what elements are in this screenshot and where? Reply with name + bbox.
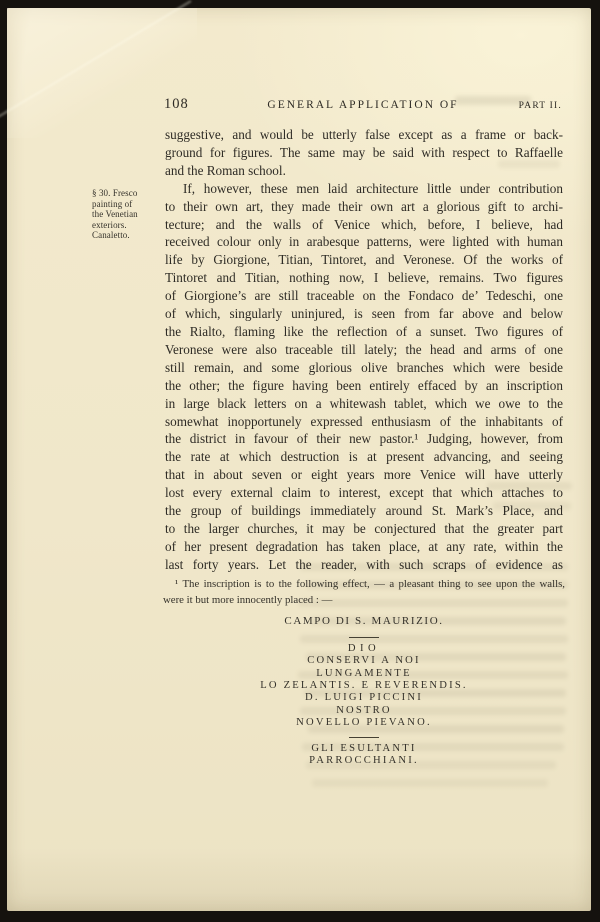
text-line: to their own art, they made their own ar…	[165, 198, 563, 216]
paragraph-2: If, however, these men laid architecture…	[165, 180, 563, 574]
text-line: to the larger churches, it may be conjec…	[165, 520, 563, 538]
inscription-divider-rule	[349, 737, 379, 738]
text-line: GLI ESULTANTI	[163, 743, 565, 755]
text-line: DIO	[163, 643, 565, 655]
text-line: in large black letters on a whitewash ta…	[165, 395, 563, 413]
text-line: last forty years. Let the reader, with s…	[165, 556, 563, 574]
text-line: the rate at which destruction is at pres…	[165, 448, 563, 466]
text-line: tecture; and the walls of Venice which, …	[165, 216, 563, 234]
running-title: GENERAL APPLICATION OF	[220, 99, 506, 111]
scanned-book-page-photo: 108 GENERAL APPLICATION OF PART II. § 30…	[0, 0, 600, 922]
text-line: still remain, and some glorious olive br…	[165, 359, 563, 377]
part-label: PART II.	[519, 101, 562, 111]
text-line: suggestive, and would be utterly false e…	[165, 126, 563, 144]
text-line: CONSERVI A NOI	[163, 655, 565, 667]
text-line: LUNGAMENTE	[163, 668, 565, 680]
text-line: Veronese were also traceable till lately…	[165, 341, 563, 359]
text-line: exteriors.	[92, 220, 156, 231]
text-line: LO ZELANTIS. E REVERENDIS.	[163, 680, 565, 692]
text-line: the other; the figure having been entire…	[165, 377, 563, 395]
page-number: 108	[164, 96, 189, 113]
text-line: received colour only in arabesque patter…	[165, 233, 563, 251]
text-line: If, however, these men laid architecture…	[165, 180, 563, 198]
text-line: life by Giorgione, Titian, Tintoret, and…	[165, 251, 563, 269]
text-line: were it but more innocently placed : —	[163, 593, 565, 609]
text-line: the Rialto, flaming like the reflection …	[165, 323, 563, 341]
inscription-divider-rule	[349, 637, 379, 638]
text-line: NOVELLO PIEVANO.	[163, 717, 565, 729]
body-text: suggestive, and would be utterly false e…	[165, 126, 563, 574]
text-line: the district in favour of their new past…	[165, 430, 563, 448]
inscription-title: CAMPO DI S. MAURIZIO.	[163, 614, 565, 630]
text-line: ground for figures. The same may be said…	[165, 144, 563, 162]
text-line: ¹ The inscription is to the following ef…	[163, 577, 565, 593]
footnote-intro: ¹ The inscription is to the following ef…	[163, 577, 565, 609]
text-line: painting of	[92, 199, 156, 210]
text-line: Canaletto.	[92, 230, 156, 241]
text-line: lost every external claim to interest, e…	[165, 484, 563, 502]
footnote: ¹ The inscription is to the following ef…	[163, 577, 565, 767]
text-line: NOSTRO	[163, 705, 565, 717]
text-line: that in about seven or eight years more …	[165, 466, 563, 484]
text-line: and the Roman school.	[165, 162, 563, 180]
text-line: somewhat inopportunely expressed enthusi…	[165, 413, 563, 431]
text-line: Tintoret and Titian, nothing now, I beli…	[165, 269, 563, 287]
text-line: the group of buildings immediately aroun…	[165, 502, 563, 520]
inscription-dedication: DIOCONSERVI A NOILUNGAMENTELO ZELANTIS. …	[163, 643, 565, 730]
printed-content-layer: 108 GENERAL APPLICATION OF PART II. § 30…	[0, 0, 600, 922]
text-line: of which, singularly uninjured, is seen …	[165, 305, 563, 323]
paragraph-1: suggestive, and would be utterly false e…	[165, 126, 563, 180]
text-line: § 30. Fresco	[92, 188, 156, 199]
text-line: of her present degradation has taken pla…	[165, 538, 563, 556]
inscription-signature: GLI ESULTANTIPARROCCHIANI.	[163, 743, 565, 768]
text-line: of Giorgione’s are still traceable on th…	[165, 287, 563, 305]
margin-note: § 30. Frescopainting ofthe Venetianexter…	[92, 188, 156, 241]
text-line: PARROCCHIANI.	[163, 755, 565, 767]
text-line: the Venetian	[92, 209, 156, 220]
text-line: D. LUIGI PICCINI	[163, 692, 565, 704]
